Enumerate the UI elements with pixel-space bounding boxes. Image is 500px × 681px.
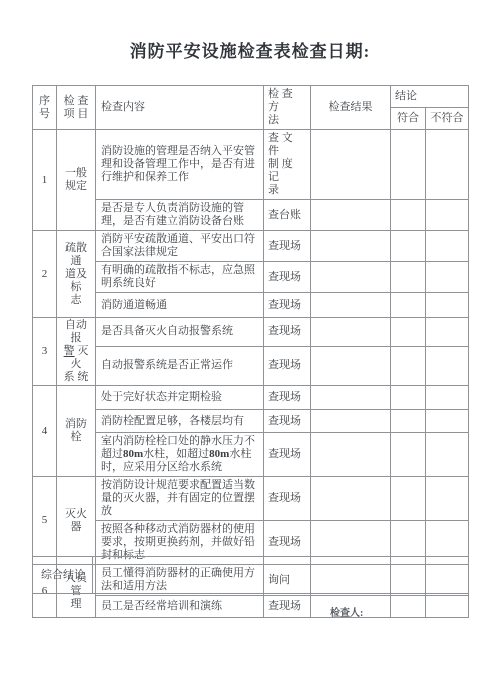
table-row: 5 灭火器 按消防设计规范要求配置适当数量的灭火器，并有固定的位置摆放 查现场 <box>33 477 469 521</box>
result-cell <box>311 130 391 200</box>
nonconform-cell <box>426 477 469 521</box>
item-label-underlined: 警 <box>64 345 75 357</box>
content-cell: 自动报警系统是否正常运作 <box>96 346 264 385</box>
summary-value-cell <box>93 557 469 594</box>
content-cell: 有明确的疏散指不标志，应急照明系统良好 <box>96 262 264 293</box>
content-cell: 消防设施的管理是否纳入平安管理和设备管理工作中，是否有进行维护和保养工作 <box>96 130 264 200</box>
method-cell: 查现场 <box>264 433 311 477</box>
method-cell: 查现场 <box>264 231 311 262</box>
document-title: 消防平安设施检查表检查日期: <box>0 37 500 62</box>
method-cell: 查 文 件 制 度 记 录 <box>264 130 311 200</box>
col-header-conform: 符合 <box>391 108 426 130</box>
col-header-no: 序 号 <box>33 86 57 130</box>
content-cell: 按消防设计规范要求配置适当数量的灭火器，并有固定的位置摆放 <box>96 477 264 521</box>
conform-cell <box>391 293 426 318</box>
result-cell <box>311 231 391 262</box>
item-label-part: 系 统 <box>64 371 89 383</box>
method-cell: 查现场 <box>264 410 311 433</box>
col-header-nonconform: 不符合 <box>426 108 469 130</box>
content-cell: 员工是否经常培训和演练 <box>96 596 264 618</box>
conform-cell <box>391 596 426 618</box>
content-cell: 消防通道畅通 <box>96 293 264 318</box>
nonconform-cell <box>426 130 469 200</box>
content-text-bold: 80m <box>123 448 143 460</box>
result-cell <box>311 200 391 231</box>
method-cell: 查现场 <box>264 596 311 618</box>
method-cell: 查台账 <box>264 200 311 231</box>
col-header-item: 检 查 项 目 <box>57 86 96 130</box>
item-label-part: 自动报 <box>65 319 87 344</box>
table-row: 室内消防栓栓口处的静水压力不超过80m水柱，如超过80m水柱时，应采用分区给水系… <box>33 433 469 477</box>
nonconform-cell <box>426 433 469 477</box>
method-cell: 查现场 <box>264 293 311 318</box>
table-row: 3 自动报警 灭火系 统 是否具备灭火自动报警系统 查现场 <box>33 318 469 347</box>
nonconform-cell <box>426 346 469 385</box>
nonconform-cell <box>426 386 469 410</box>
seq-cell: 3 <box>33 318 57 386</box>
nonconform-cell <box>426 200 469 231</box>
item-cell: 灭火器 <box>57 477 96 565</box>
method-cell: 查现场 <box>264 262 311 293</box>
col-header-conclusion: 结论 <box>391 86 469 108</box>
col-header-method: 检 查 方 法 <box>264 86 311 130</box>
summary-label: 综合结论 <box>33 557 93 594</box>
item-cell: 消防栓 <box>57 386 96 477</box>
nonconform-cell <box>426 318 469 347</box>
seq-cell: 1 <box>33 130 57 231</box>
table-row: 1 一般 规定 消防设施的管理是否纳入平安管理和设备管理工作中，是否有进行维护和… <box>33 130 469 200</box>
conform-cell <box>391 386 426 410</box>
content-cell: 处于完好状态并定期检验 <box>96 386 264 410</box>
seq-cell: 2 <box>33 231 57 318</box>
table-row: 2 疏散通 道及标 志 消防平安疏散通道、平安出口符合国家法律规定 查现场 <box>33 231 469 262</box>
table-row: 员工是否经常培训和演练 查现场 <box>33 596 469 618</box>
conform-cell <box>391 231 426 262</box>
method-cell: 查现场 <box>264 477 311 521</box>
nonconform-cell <box>426 293 469 318</box>
conform-cell <box>391 200 426 231</box>
item-cell: 一般 规定 <box>57 130 96 231</box>
conform-cell <box>391 262 426 293</box>
table-row: 消防栓配置足够，各楼层均有 查现场 <box>33 410 469 433</box>
item-cell: 自动报警 灭火系 统 <box>57 318 96 386</box>
table-row: 4 消防栓 处于完好状态并定期检验 查现场 <box>33 386 469 410</box>
table-row: 消防通道畅通 查现场 <box>33 293 469 318</box>
result-cell <box>311 410 391 433</box>
method-cell: 查现场 <box>264 346 311 385</box>
inspection-table: 序 号 检 查 项 目 检查内容 检 查 方 法 检查结果 结论 符合 不符合 … <box>32 85 469 618</box>
seq-cell: 4 <box>33 386 57 477</box>
summary-table: 综合结论 <box>32 556 469 594</box>
result-cell <box>311 346 391 385</box>
nonconform-cell <box>426 410 469 433</box>
content-cell: 是否具备灭火自动报警系统 <box>96 318 264 347</box>
content-cell: 是否是专人负责消防设施的管理，是否有建立消防设备台账 <box>96 200 264 231</box>
result-cell <box>311 433 391 477</box>
conform-cell <box>391 346 426 385</box>
content-text-bold: 80m <box>209 448 229 460</box>
table-row: 有明确的疏散指不标志，应急照明系统良好 查现场 <box>33 262 469 293</box>
content-cell: 室内消防栓栓口处的静水压力不超过80m水柱，如超过80m水柱时，应采用分区给水系… <box>96 433 264 477</box>
seq-cell: 5 <box>33 477 57 565</box>
conform-cell <box>391 410 426 433</box>
summary-row: 综合结论 <box>33 557 469 594</box>
table-row: 是否是专人负责消防设施的管理，是否有建立消防设备台账 查台账 <box>33 200 469 231</box>
header-row-1: 序 号 检 查 项 目 检查内容 检 查 方 法 检查结果 结论 <box>33 86 469 108</box>
content-cell: 消防栓配置足够，各楼层均有 <box>96 410 264 433</box>
inspector-label: 检查人: <box>330 604 363 619</box>
result-cell <box>311 318 391 347</box>
conform-cell <box>391 318 426 347</box>
result-cell <box>311 262 391 293</box>
content-cell: 消防平安疏散通道、平安出口符合国家法律规定 <box>96 231 264 262</box>
method-cell: 查现场 <box>264 318 311 347</box>
item-cell: 疏散通 道及标 志 <box>57 231 96 318</box>
content-text: 水柱，如超过 <box>143 448 209 460</box>
nonconform-cell <box>426 596 469 618</box>
result-cell <box>311 293 391 318</box>
result-cell <box>311 477 391 521</box>
nonconform-cell <box>426 262 469 293</box>
nonconform-cell <box>426 231 469 262</box>
conform-cell <box>391 477 426 521</box>
document-page: 消防平安设施检查表检查日期: 序 号 检 查 项 目 检查内容 检 查 方 法 … <box>0 0 500 681</box>
conform-cell <box>391 433 426 477</box>
col-header-content: 检查内容 <box>96 86 264 130</box>
method-cell: 查现场 <box>264 386 311 410</box>
table-row: 自动报警系统是否正常运作 查现场 <box>33 346 469 385</box>
result-cell <box>311 386 391 410</box>
conform-cell <box>391 130 426 200</box>
col-header-result: 检查结果 <box>311 86 391 130</box>
